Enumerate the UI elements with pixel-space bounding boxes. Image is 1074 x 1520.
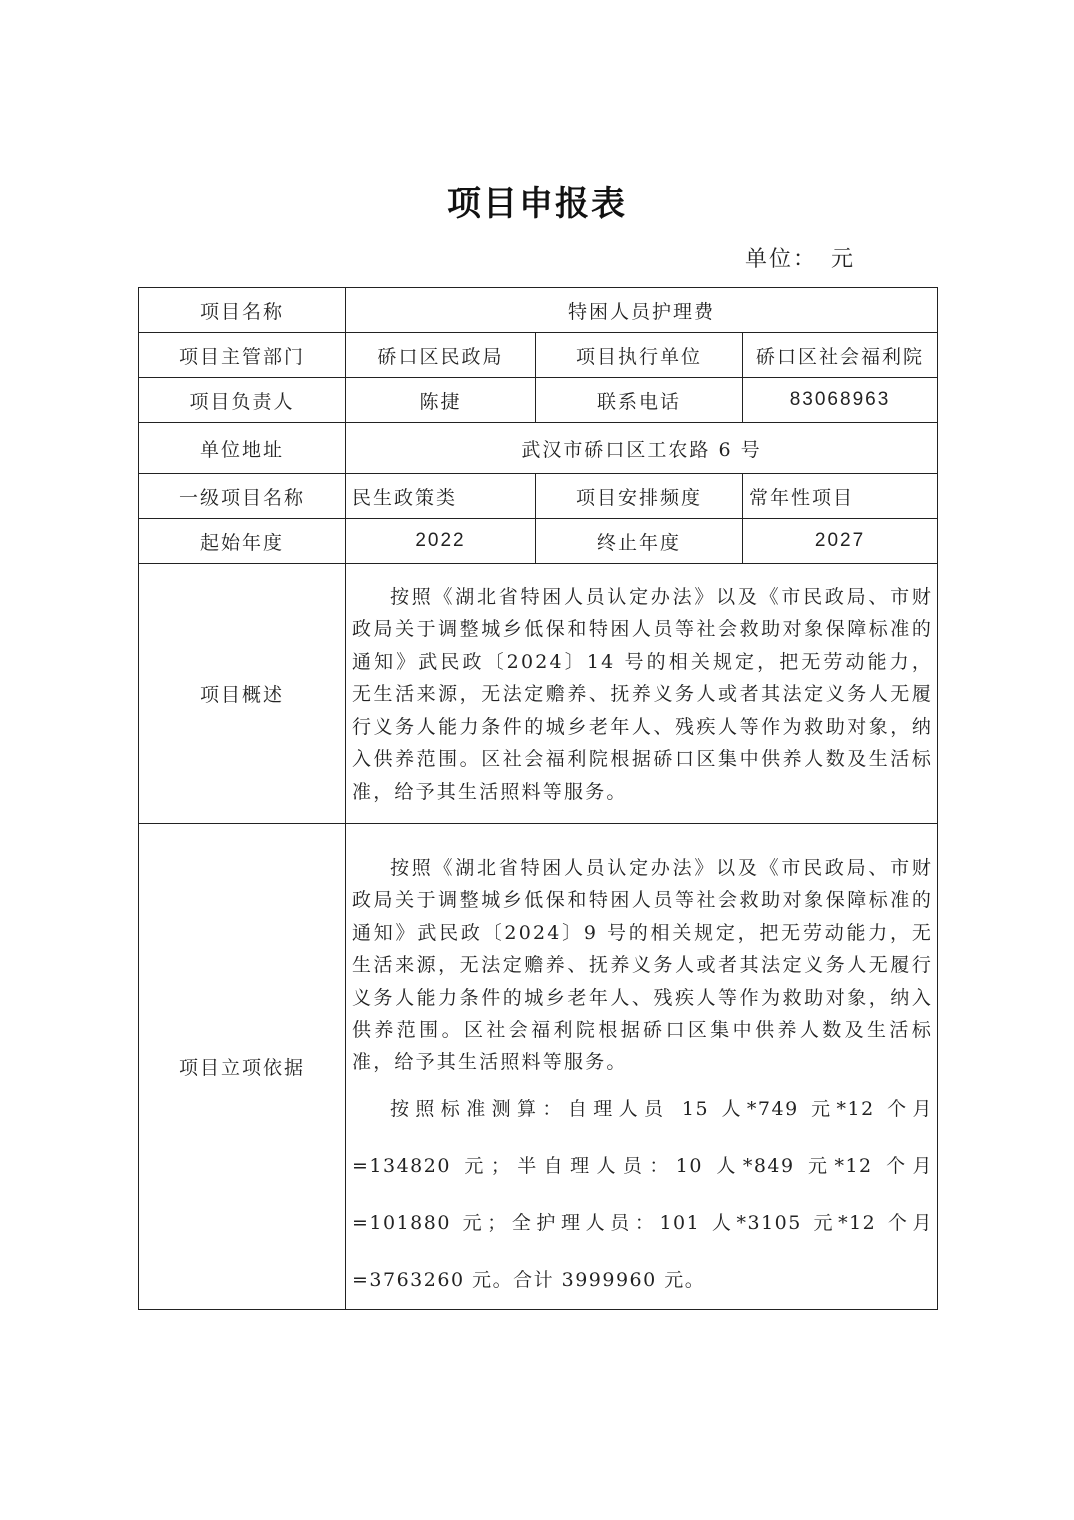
overview-cell: 按照《湖北省特困人员认定办法》以及《市民政局、市财政局关于调整城乡低保和特困人员… xyxy=(346,564,938,824)
basis-text: 按照《湖北省特困人员认定办法》以及《市民政局、市财政局关于调整城乡低保和特困人员… xyxy=(346,852,937,1079)
project-name-label: 项目名称 xyxy=(139,288,346,333)
basis-cell: 按照《湖北省特困人员认定办法》以及《市民政局、市财政局关于调整城乡低保和特困人员… xyxy=(346,824,938,1310)
executing-unit-value: 硚口区社会福利院 xyxy=(743,333,938,378)
end-year-label: 终止年度 xyxy=(536,519,743,564)
unit-label: 单位： xyxy=(745,247,817,272)
unit-value: 元 xyxy=(831,247,855,272)
supervising-dept-value: 硚口区民政局 xyxy=(346,333,536,378)
supervising-dept-label: 项目主管部门 xyxy=(139,333,346,378)
start-year-value: 2022 xyxy=(346,519,536,564)
arrangement-frequency-label: 项目安排频度 xyxy=(536,474,743,519)
row-departments: 项目主管部门 硚口区民政局 项目执行单位 硚口区社会福利院 xyxy=(139,333,938,378)
end-year-value: 2027 xyxy=(743,519,938,564)
project-leader-value: 陈捷 xyxy=(346,378,536,423)
row-basis: 项目立项依据 按照《湖北省特困人员认定办法》以及《市民政局、市财政局关于调整城乡… xyxy=(139,824,938,1310)
level1-project-name-label: 一级项目名称 xyxy=(139,474,346,519)
basis-calculation: 按照标准测算：自理人员 15 人*749 元*12 个月=134820 元；半自… xyxy=(346,1081,937,1309)
row-years: 起始年度 2022 终止年度 2027 xyxy=(139,519,938,564)
level1-project-name-value: 民生政策类 xyxy=(346,474,536,519)
project-leader-label: 项目负责人 xyxy=(139,378,346,423)
document-title: 项目申报表 xyxy=(0,176,1074,225)
row-contact: 项目负责人 陈捷 联系电话 83068963 xyxy=(139,378,938,423)
unit-line: 单位：元 xyxy=(745,242,855,273)
contact-phone-label: 联系电话 xyxy=(536,378,743,423)
row-overview: 项目概述 按照《湖北省特困人员认定办法》以及《市民政局、市财政局关于调整城乡低保… xyxy=(139,564,938,824)
contact-phone-value: 83068963 xyxy=(743,378,938,423)
start-year-label: 起始年度 xyxy=(139,519,346,564)
row-category: 一级项目名称 民生政策类 项目安排频度 常年性项目 xyxy=(139,474,938,519)
arrangement-frequency-value: 常年性项目 xyxy=(743,474,938,519)
project-name-value: 特困人员护理费 xyxy=(346,288,938,333)
row-project-name: 项目名称 特困人员护理费 xyxy=(139,288,938,333)
executing-unit-label: 项目执行单位 xyxy=(536,333,743,378)
unit-address-label: 单位地址 xyxy=(139,423,346,474)
overview-text: 按照《湖北省特困人员认定办法》以及《市民政局、市财政局关于调整城乡低保和特困人员… xyxy=(346,581,937,808)
project-application-table: 项目名称 特困人员护理费 项目主管部门 硚口区民政局 项目执行单位 硚口区社会福… xyxy=(138,287,938,1310)
basis-label: 项目立项依据 xyxy=(139,824,346,1310)
row-address: 单位地址 武汉市硚口区工农路 6 号 xyxy=(139,423,938,474)
overview-label: 项目概述 xyxy=(139,564,346,824)
unit-address-value: 武汉市硚口区工农路 6 号 xyxy=(346,423,938,474)
